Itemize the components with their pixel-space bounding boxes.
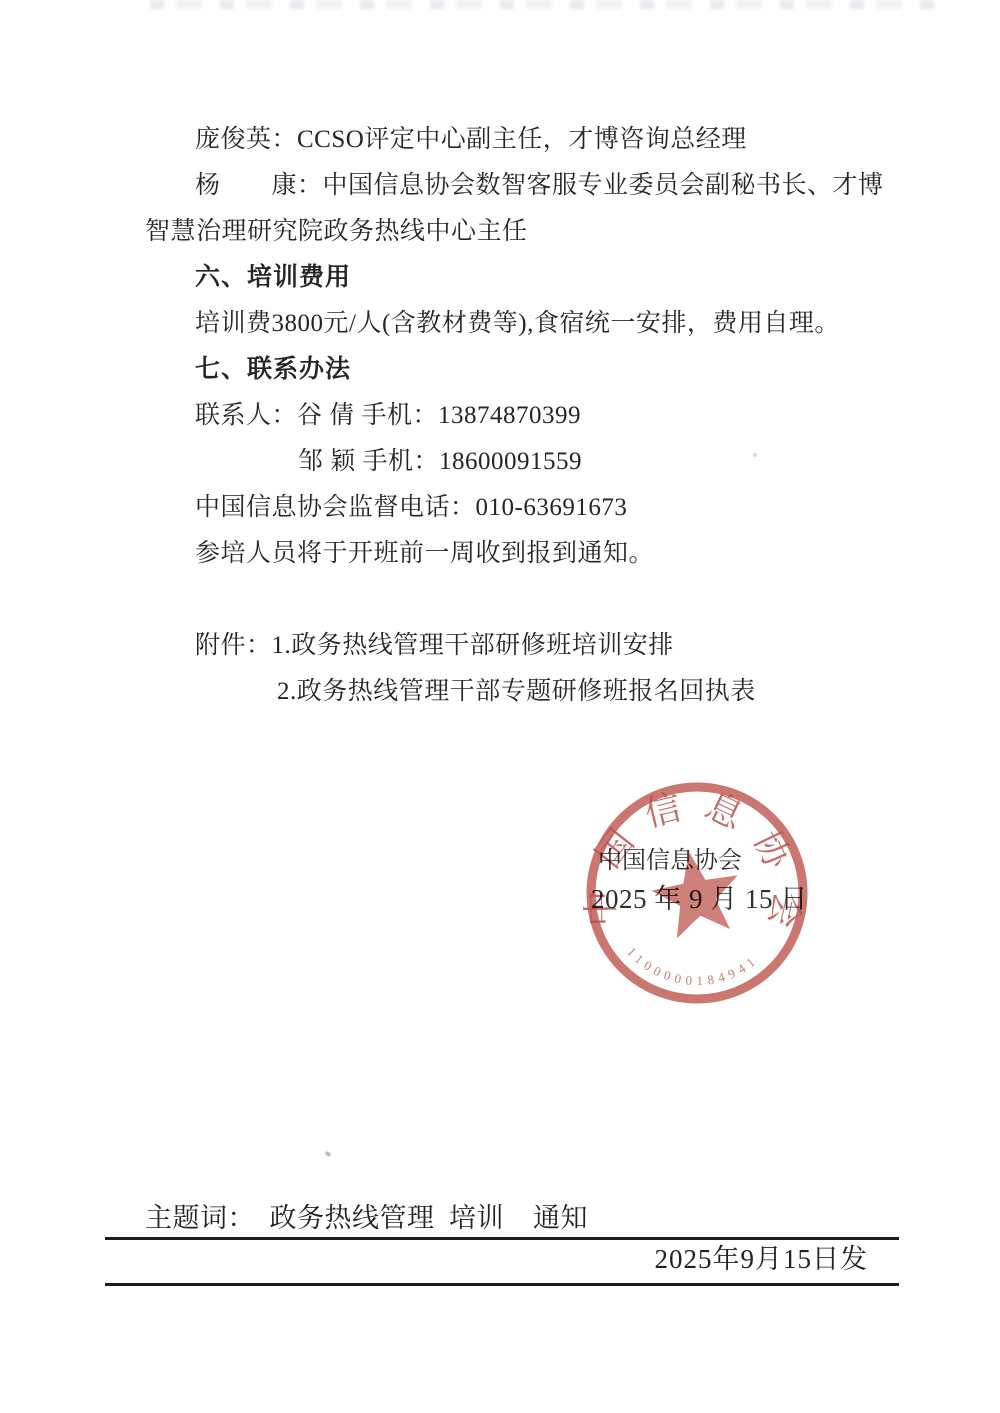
seal-serial-number: 1100000184941 (624, 944, 761, 988)
svg-text:1100000184941: 1100000184941 (624, 944, 761, 988)
line-contact-gu-qian: 联系人：谷 倩 手机：13874870399 (145, 393, 905, 439)
subject-keywords-line: 主题词： 政务热线管理 培训 通知 (145, 1203, 588, 1233)
document-body: 庞俊英：CCSO评定中心副主任，才博咨询总经理 杨 康：中国信息协会数智客服专业… (145, 117, 905, 715)
section-heading-fees: 六、培训费用 (145, 255, 905, 301)
line-yang-kang-wrap: 智慧治理研究院政务热线中心主任 (145, 209, 905, 255)
line-fee-detail: 培训费3800元/人(含教材费等),食宿统一安排，费用自理。 (145, 301, 905, 347)
footer-rule-bottom (105, 1283, 899, 1286)
seal-date: 2025 年 9 月 15 日 (591, 884, 808, 914)
line-pang-junying: 庞俊英：CCSO评定中心副主任，才博咨询总经理 (145, 117, 905, 163)
line-yang-kang: 杨 康：中国信息协会数智客服专业委员会副秘书长、才博 (145, 163, 905, 209)
footer-rule-top (105, 1237, 899, 1240)
section-heading-contact: 七、联系办法 (145, 347, 905, 393)
document-page: 庞俊英：CCSO评定中心副主任，才博咨询总经理 杨 康：中国信息协会数智客服专业… (0, 0, 1000, 1413)
line-checkin-notice: 参培人员将于开班前一周收到报到通知。 (145, 531, 905, 577)
blank-line (145, 577, 905, 623)
footer-issue-date: 2025年9月15日发 (655, 1244, 869, 1274)
scan-speck (753, 453, 757, 457)
line-attachment-2: 2.政务热线管理干部专题研修班报名回执表 (145, 669, 905, 715)
line-attachment-1: 附件：1.政务热线管理干部研修班培训安排 (145, 623, 905, 669)
seal-org-name: 中国信息协会 (598, 847, 742, 875)
line-contact-zou-ying: 邹 颖 手机：18600091559 (145, 439, 905, 485)
scan-speck (324, 1151, 331, 1158)
line-supervision-phone: 中国信息协会监督电话：010-63691673 (145, 485, 905, 531)
scan-artifact-top (150, 0, 940, 9)
